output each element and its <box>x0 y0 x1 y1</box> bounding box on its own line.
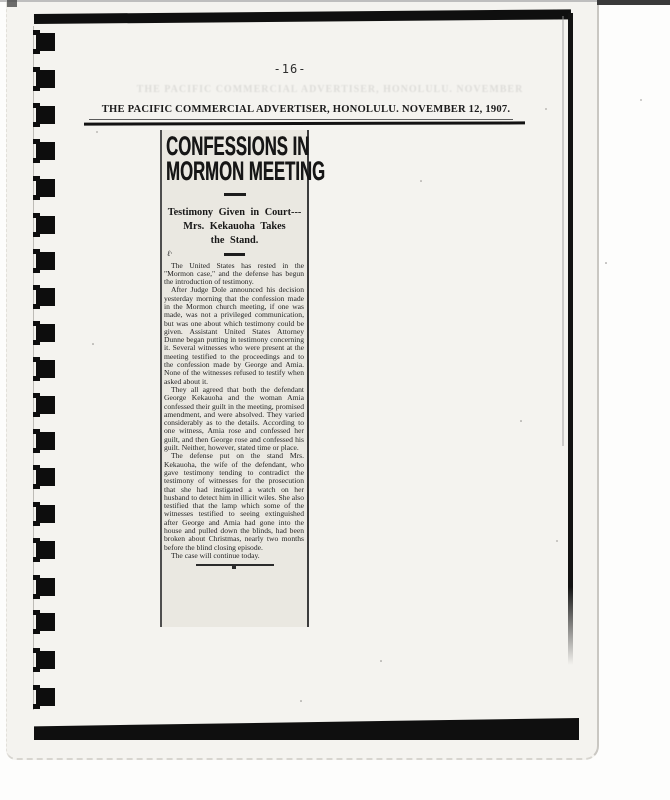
binding-tab <box>36 505 55 523</box>
scanned-document-canvas: -16- THE PACIFIC COMMERCIAL ADVERTISER, … <box>0 0 670 800</box>
binding-tab <box>36 324 55 342</box>
subtitle-divider <box>224 253 245 256</box>
dust-speck <box>520 420 522 422</box>
binding-tab <box>36 179 55 197</box>
headline-divider <box>224 193 246 196</box>
photocopy-right-line-echo <box>562 16 564 446</box>
scan-top-right-artifact <box>597 0 670 5</box>
article-subtitle: Testimony Given in Court---Mrs. Kekauoha… <box>162 206 307 248</box>
article-end-ornament <box>196 564 274 566</box>
binding-tab <box>36 578 55 596</box>
binding-tab <box>36 396 55 414</box>
binding-tab <box>36 541 55 559</box>
article-paragraph: They all agreed that both the defendant … <box>164 386 304 452</box>
dust-speck <box>420 180 422 182</box>
dust-speck <box>545 108 547 110</box>
subtitle-line: Testimony Given in Court--- <box>162 206 307 220</box>
binding-tab <box>36 106 55 124</box>
dust-speck <box>96 131 98 133</box>
binding-tab <box>36 613 55 631</box>
article-headline: CONFESSIONS IN MORMON MEETING <box>166 134 253 184</box>
binding-rail <box>33 26 34 710</box>
binding-tab <box>36 688 55 706</box>
dust-speck <box>380 660 382 662</box>
headline-line-2: MORMON MEETING <box>166 159 253 184</box>
binding-tab <box>36 651 55 669</box>
binding-tab <box>36 252 55 270</box>
binding-tab <box>36 288 55 306</box>
binding-tab <box>36 216 55 234</box>
binding-tab <box>36 70 55 88</box>
photocopy-right-line <box>568 13 573 665</box>
stray-ink-mark: ℓ· <box>167 249 172 258</box>
subtitle-line: Mrs. Kekauoha Takes <box>162 220 307 234</box>
page-number: -16- <box>255 62 325 76</box>
dust-speck <box>640 99 642 101</box>
article-paragraph: After Judge Dole announced his decision … <box>164 286 304 386</box>
article-paragraph: The defense put on the stand Mrs. Kekauo… <box>164 452 304 552</box>
article-body: The United States has rested in the "Mor… <box>162 262 307 561</box>
scan-top-edge-line <box>0 0 670 2</box>
binding-tab <box>36 33 55 51</box>
binding-tab <box>36 432 55 450</box>
article-paragraph: The case will continue today. <box>164 552 304 560</box>
binding-tab <box>36 360 55 378</box>
dust-speck <box>605 262 607 264</box>
masthead-ghost-text: THE PACIFIC COMMERCIAL ADVERTISER, HONOL… <box>120 84 540 95</box>
news-clipping: CONFESSIONS IN MORMON MEETING Testimony … <box>160 130 309 627</box>
subtitle-line: the Stand. <box>162 234 307 248</box>
binding-tab <box>36 468 55 486</box>
dust-speck <box>300 700 302 702</box>
dust-speck <box>92 343 94 345</box>
article-paragraph: The United States has rested in the "Mor… <box>164 262 304 287</box>
binding-tab <box>36 142 55 160</box>
scan-top-left-artifact <box>7 0 17 7</box>
dust-speck <box>556 540 558 542</box>
masthead-rule-thin <box>89 119 513 120</box>
masthead: THE PACIFIC COMMERCIAL ADVERTISER, HONOL… <box>84 104 528 115</box>
